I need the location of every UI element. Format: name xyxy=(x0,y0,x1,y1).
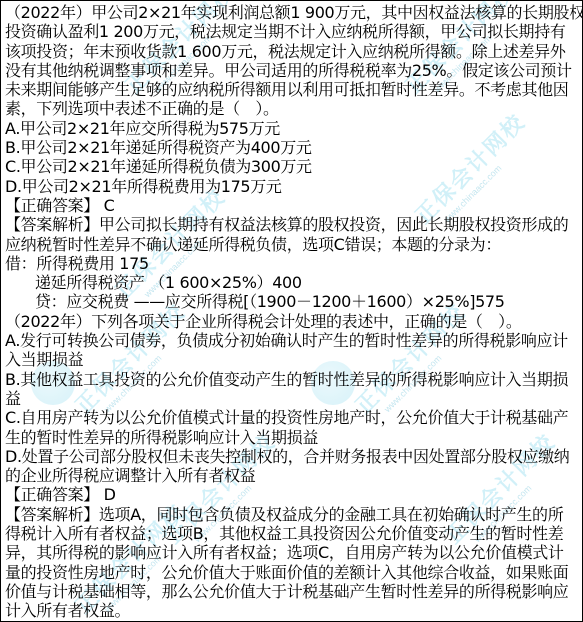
question-stem-line: 投资确认盈利1 200万元，税法规定当期不计入应纳税所得额，甲公司拟长期持有 xyxy=(5,22,579,41)
option-b-cont: 益 xyxy=(5,389,579,408)
document-content: （2022年）甲公司2×21年实现利润总额1 900万元，其中因权益法核算的长期… xyxy=(5,3,579,621)
option-c: C.甲公司2×21年递延所得税负债为300万元 xyxy=(5,157,579,176)
journal-entry-debit-1: 借：所得税费用 175 xyxy=(5,254,579,273)
correct-answer: 【正确答案】 C xyxy=(5,196,579,215)
journal-entry-debit-2: 递延所得税资产 （1 600×25%）400 xyxy=(5,273,579,292)
answer-analysis-line: 计入所有者权益。 xyxy=(5,601,579,620)
option-d: D.甲公司2×21年所得税费用为175万元 xyxy=(5,177,579,196)
question-stem-line: 没有其他纳税调整事项和差异。甲公司适用的所得税税率为25%。假定该公司预计 xyxy=(5,61,579,80)
answer-analysis-line: 【答案解析】选项A，同时包含负债及权益成分的金融工具在初始确认时产生的所 xyxy=(5,505,579,524)
option-d-cont: 的企业所得税应调整计入所有者权益 xyxy=(5,466,579,485)
answer-analysis-line: 量的投资性房地产时，公允价值大于账面价值的差额计入其他综合收益，如果账面 xyxy=(5,563,579,582)
question-stem-line: 该项投资；年末预收货款1 600万元，税法规定计入应纳税所得额。除上述差异外 xyxy=(5,42,579,61)
answer-analysis-line: 得税计入所有者权益；选项B，其他权益工具投资因公允价值变动产生的暂时性差 xyxy=(5,524,579,543)
option-c: C.自用房产转为以公允价值模式计量的投资性房地产时，公允价值大于计税基础产 xyxy=(5,408,579,427)
correct-answer: 【正确答案】 D xyxy=(5,485,579,504)
question-1: （2022年）甲公司2×21年实现利润总额1 900万元，其中因权益法核算的长期… xyxy=(5,3,579,312)
question-2: （2022年）下列各项关于企业所得税会计处理的表述中，正确的是（ ）。 A.发行… xyxy=(5,312,579,621)
option-a: A.发行可转换公司债券，负债成分初始确认时产生的暂时性差异的所得税影响应计 xyxy=(5,331,579,350)
answer-analysis-line: 异，其所得税的影响应计入所有者权益；选项C，自用房产转为以公允价值模式计 xyxy=(5,543,579,562)
journal-entry-credit: 贷：应交税费 ——应交所得税[（1900－1200＋1600）×25%]575 xyxy=(5,292,579,311)
question-stem-line: （2022年）下列各项关于企业所得税会计处理的表述中，正确的是（ ）。 xyxy=(5,312,579,331)
answer-analysis-line: 应纳税暂时性差异不确认递延所得税负债，选项C错误；本题的分录为： xyxy=(5,235,579,254)
question-stem-line: （2022年）甲公司2×21年实现利润总额1 900万元，其中因权益法核算的长期… xyxy=(5,3,579,22)
option-b: B.甲公司2×21年递延所得税资产为400万元 xyxy=(5,138,579,157)
question-stem-line: 未来期间能够产生足够的应纳税所得额用以利用可抵扣暂时性差异。不考虑其他因 xyxy=(5,80,579,99)
option-a-cont: 入当期损益 xyxy=(5,350,579,369)
answer-analysis-line: 【答案解析】甲公司拟长期持有权益法核算的股权投资，因此长期股权投资形成的 xyxy=(5,215,579,234)
document-page: 正保会计网校www.chinaacc.com 正保会计网校www.chinaac… xyxy=(0,0,583,622)
option-c-cont: 生的暂时性差异的所得税影响应计入当期损益 xyxy=(5,428,579,447)
option-b: B.其他权益工具投资的公允价值变动产生的暂时性差异的所得税影响应计入当期损 xyxy=(5,370,579,389)
option-d: D.处置子公司部分股权但未丧失控制权的，合并财务报表中因处置部分股权应缴纳 xyxy=(5,447,579,466)
answer-analysis-line: 价值与计税基础相等，那么公允价值大于计税基础产生暂时性差异的所得税影响应 xyxy=(5,582,579,601)
option-a: A.甲公司2×21年应交所得税为575万元 xyxy=(5,119,579,138)
question-stem-line: 素，下列选项中表述不正确的是（ ）。 xyxy=(5,99,579,118)
